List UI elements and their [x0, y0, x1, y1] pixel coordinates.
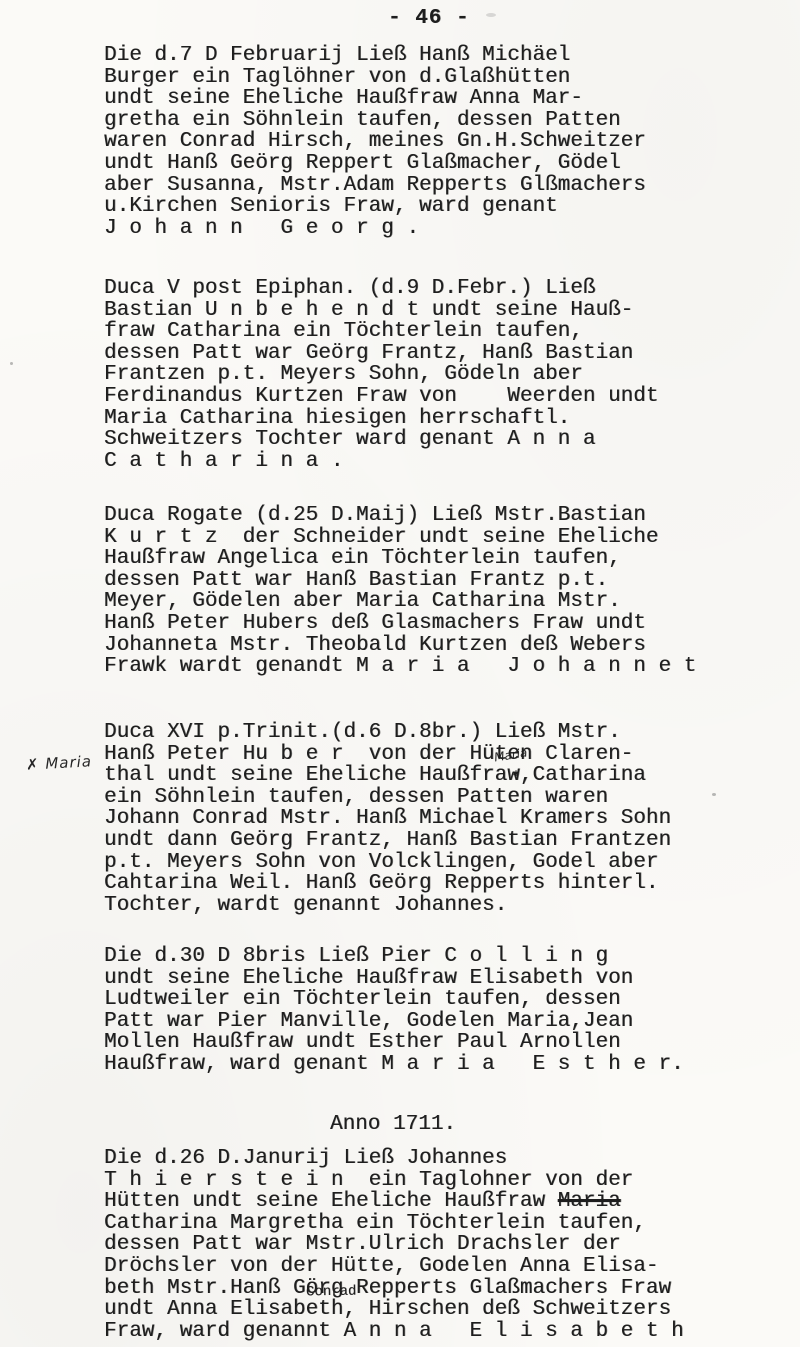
text-line: undt Hanß Geörg Reppert Glaßmacher, Göde…: [104, 153, 646, 175]
baptism-entry-1710-may-25: Duca Rogate (d.25 D.Maij) Ließ Mstr.Bast…: [104, 505, 696, 678]
text-line: Die d.26 D.Janurij Ließ Johannes: [104, 1148, 684, 1170]
text-line: Frantzen p.t. Meyers Sohn, Gödeln aber: [104, 364, 659, 386]
baptism-entry-1711-jan-26: Die d.26 D.Janurij Ließ Johannes T h i e…: [104, 1148, 684, 1342]
text-line: aber Susanna, Mstr.Adam Repperts Glßmach…: [104, 175, 646, 197]
struck-word-maria: Maria: [558, 1190, 621, 1213]
text-line: Hanß Peter Hu b e r von der Hüten Claren…: [104, 744, 671, 766]
text-line: Bastian U n b e h e n d t undt seine Hau…: [104, 300, 659, 322]
baptism-entry-1710-oct-30: Die d.30 D 8bris Ließ Pier C o l l i n g…: [104, 946, 684, 1076]
text-line: Mollen Haußfraw undt Esther Paul Arnolle…: [104, 1032, 684, 1054]
text-line: Haußfraw, ward genant M a r i a E s t h …: [104, 1054, 684, 1076]
text-line: Johann Conrad Mstr. Hanß Michael Kramers…: [104, 808, 671, 830]
text-line: Duca V post Epiphan. (d.9 D.Febr.) Ließ: [104, 278, 659, 300]
text-line: Patt war Pier Manville, Godelen Maria,Je…: [104, 1011, 684, 1033]
anno-1711-heading: Anno 1711.: [330, 1114, 456, 1136]
text-line: Tochter, wardt genannt Johannes.: [104, 895, 671, 917]
text-line: Dröchsler von der Hütte, Godelen Anna El…: [104, 1256, 684, 1278]
text-line: thal undt seine Eheliche Haußfraw,Cathar…: [104, 765, 671, 787]
text-line: gretha ein Söhnlein taufen, dessen Patte…: [104, 110, 646, 132]
text-line: Johanneta Mstr. Theobald Kurtzen deß Web…: [104, 635, 696, 657]
text-line: undt seine Eheliche Haußfraw Elisabeth v…: [104, 968, 684, 990]
text-line: Duca XVI p.Trinit.(d.6 D.8br.) Ließ Mstr…: [104, 722, 671, 744]
text-line: Hütten undt seine Eheliche Haußfraw Mari…: [104, 1191, 684, 1213]
text-line: Die d.7 D Februarij Ließ Hanß Michäel: [104, 45, 646, 67]
text-line: Die d.30 D 8bris Ließ Pier C o l l i n g: [104, 946, 684, 968]
text-line: T h i e r s t e i n ein Taglohner von de…: [104, 1170, 684, 1192]
text-line: undt Anna Elisabeth, Hirschen deß Schwei…: [104, 1299, 684, 1321]
page-number: - 46 -: [388, 8, 470, 30]
text-line: Burger ein Taglöhner von d.Glaßhütten: [104, 67, 646, 89]
text-line: K u r t z der Schneider undt seine Eheli…: [104, 527, 696, 549]
text-line: Meyer, Gödelen aber Maria Catharina Mstr…: [104, 591, 696, 613]
text-line: dessen Patt war Mstr.Ulrich Drachsler de…: [104, 1234, 684, 1256]
text-line: u.Kirchen Senioris Fraw, ward genant: [104, 196, 646, 218]
text-line: Ferdinandus Kurtzen Fraw von Weerden und…: [104, 386, 659, 408]
text-line: beth Mstr.Hanß Görg Repperts Glaßmachers…: [104, 1278, 684, 1300]
text-line: undt seine Eheliche Haußfraw Anna Mar-: [104, 88, 646, 110]
text-line: Haußfraw Angelica ein Töchterlein taufen…: [104, 548, 696, 570]
text-line: undt dann Geörg Frantz, Hanß Bastian Fra…: [104, 830, 671, 852]
text-line: Cahtarina Weil. Hanß Geörg Repperts hint…: [104, 873, 671, 895]
baptism-entry-1710-feb-7: Die d.7 D Februarij Ließ Hanß Michäel Bu…: [104, 45, 646, 239]
text-line: ein Söhnlein taufen, dessen Patten waren: [104, 787, 671, 809]
text-line: Schweitzers Tochter ward genant A n n a: [104, 429, 659, 451]
scan-speck: [10, 362, 13, 365]
text-line: C a t h a r i n a .: [104, 451, 659, 473]
text-run: Hütten undt seine Eheliche Haußfraw: [104, 1190, 558, 1213]
text-line: J o h a n n G e o r g .: [104, 218, 646, 240]
text-line: dessen Patt war Geörg Frantz, Hanß Basti…: [104, 343, 659, 365]
baptism-entry-1710-feb-9: Duca V post Epiphan. (d.9 D.Febr.) Ließ …: [104, 278, 659, 472]
text-line: Duca Rogate (d.25 D.Maij) Ließ Mstr.Bast…: [104, 505, 696, 527]
text-line: Fraw, ward genannt A n n a E l i s a b e…: [104, 1321, 684, 1343]
text-line: Catharina Margretha ein Töchterlein tauf…: [104, 1213, 684, 1235]
handwritten-margin-note: ✗ Maria: [26, 752, 93, 773]
text-line: waren Conrad Hirsch, meines Gn.H.Schweit…: [104, 131, 646, 153]
text-line: Ludtweiler ein Töchterlein taufen, desse…: [104, 989, 684, 1011]
text-line: p.t. Meyers Sohn von Volcklingen, Godel …: [104, 852, 671, 874]
text-line: Maria Catharina hiesigen herrschaftl.: [104, 408, 659, 430]
text-line: Hanß Peter Hubers deß Glasmachers Fraw u…: [104, 613, 696, 635]
scan-speck: [712, 793, 716, 796]
scanned-register-page: { "colors": { "ink": "#1e1e1e", "paper":…: [0, 0, 800, 1347]
text-line: dessen Patt war Hanß Bastian Frantz p.t.: [104, 570, 696, 592]
text-line: Frawk wardt genandt M a r i a J o h a n …: [104, 656, 696, 678]
text-line: fraw Catharina ein Töchterlein taufen,: [104, 321, 659, 343]
baptism-entry-1710-oct-6: Duca XVI p.Trinit.(d.6 D.8br.) Ließ Mstr…: [104, 722, 671, 916]
scan-speck: [486, 13, 496, 17]
